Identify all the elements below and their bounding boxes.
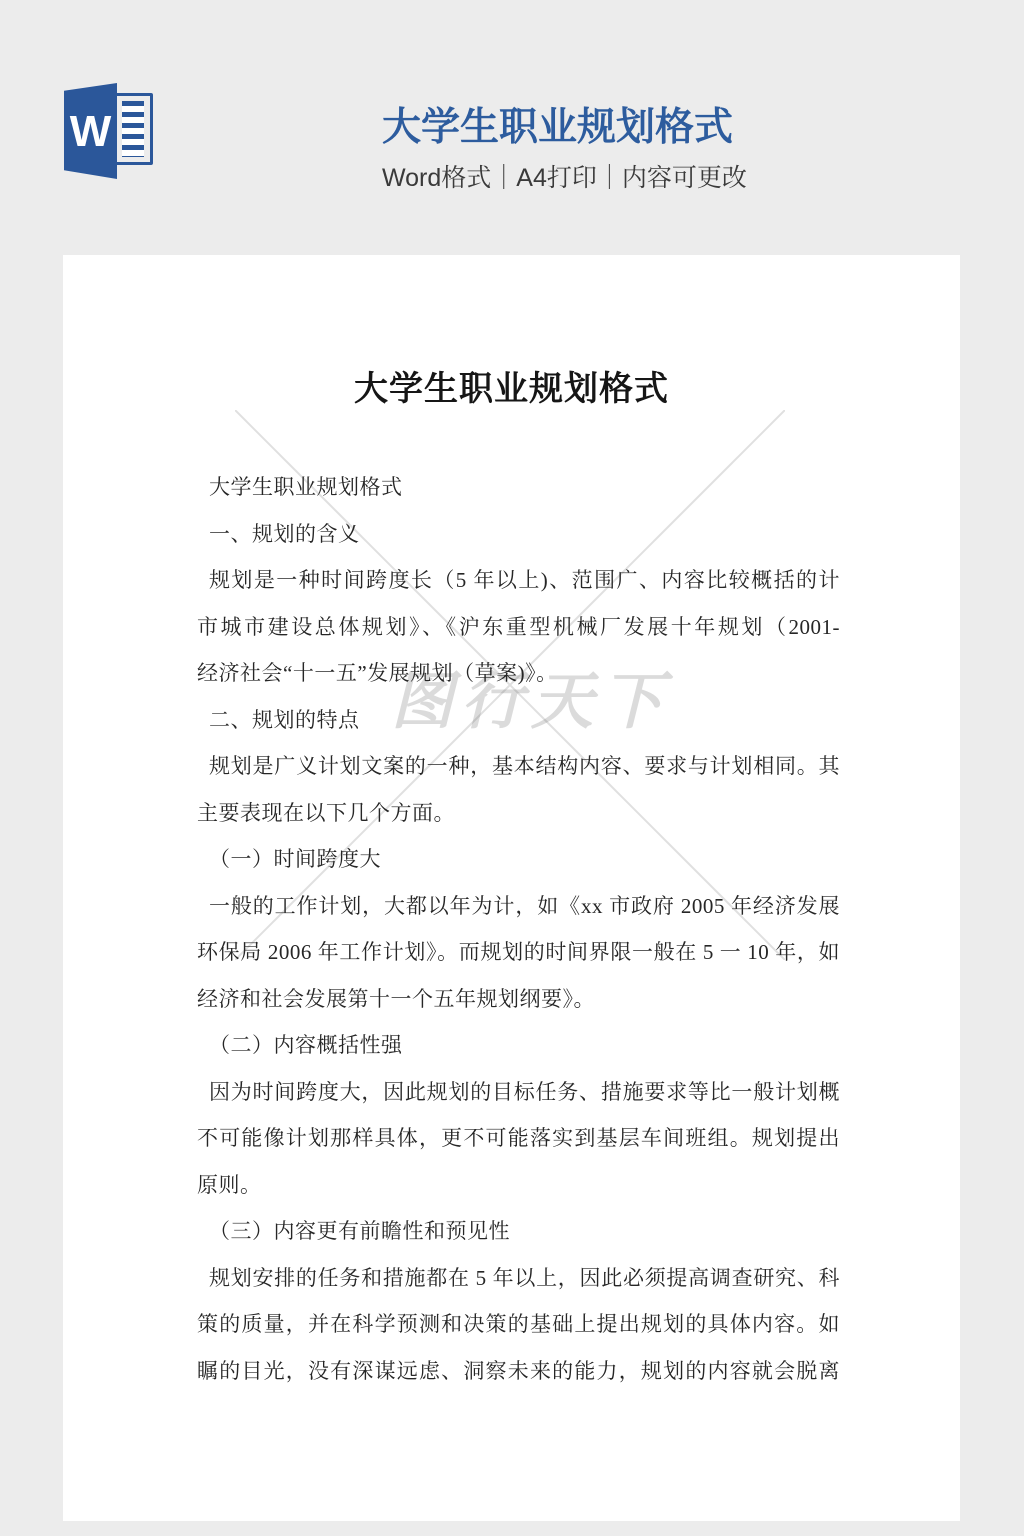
word-icon-sheet — [113, 93, 153, 165]
text-line: （三）内容更有前瞻性和预见性 — [197, 1208, 840, 1255]
text-line: 环保局 2006 年工作计划》。而规划的时间界限一般在 5 一 10 年，如《x… — [197, 929, 840, 976]
text-line: 大学生职业规划格式 — [197, 464, 840, 511]
header-title: 大学生职业规划格式 — [382, 96, 733, 152]
text-line: 原则。 — [197, 1162, 840, 1209]
text-line: 市城市建设总体规划》、《沪东重型机械厂发展十年规划（2001-2018)）、（华… — [197, 604, 840, 651]
document-body: 大学生职业规划格式一、规划的含义规划是一种时间跨度长（5 年以上)、范围广、内容… — [197, 464, 840, 1394]
text-line: 经济和社会发展第十一个五年规划纲要》。 — [197, 976, 840, 1023]
word-icon-panel: W — [64, 83, 117, 180]
text-line: 一般的工作计划，大都以年为计，如《xx 市政府 2005 年经济发展计划》、《x… — [197, 883, 840, 930]
text-line: 一、规划的含义 — [197, 511, 840, 558]
text-line: 不可能像计划那样具体，更不可能落实到基层车间班组。规划提出的措施也比较 — [197, 1115, 840, 1162]
text-line: 规划是一种时间跨度长（5 年以上)、范围广、内容比较概括的计划。如《福州 — [197, 557, 840, 604]
text-line: 瞩的目光，没有深谋远虑、洞察未来的能力，规划的内容就会脱离实际，就会与 — [197, 1348, 840, 1395]
document-title: 大学生职业规划格式 — [63, 361, 960, 410]
text-line: 规划安排的任务和措施都在 5 年以上，因此必须提高调查研究、科学预测和决 — [197, 1255, 840, 1302]
text-line: 经济社会“十一五”发展规划（草案)》。 — [197, 650, 840, 697]
document-page: 图行天下 大学生职业规划格式 大学生职业规划格式一、规划的含义规划是一种时间跨度… — [63, 255, 960, 1521]
word-icon-letter: W — [70, 110, 112, 154]
page-background: W 大学生职业规划格式 Word格式｜A4打印｜内容可更改 图行天下 大学生职业… — [0, 0, 1024, 1536]
text-line: （一）时间跨度大 — [197, 836, 840, 883]
text-line: 策的质量，并在科学预测和决策的基础上提出规划的具体内容。如果没有高瞻远 — [197, 1301, 840, 1348]
text-line: 二、规划的特点 — [197, 697, 840, 744]
text-line: 因为时间跨度大，因此规划的目标任务、措施要求等比一般计划概括性要强， — [197, 1069, 840, 1116]
text-line: （二）内容概括性强 — [197, 1022, 840, 1069]
text-line: 规划是广义计划文案的一种，基本结构内容、要求与计划相同。其自身的特点 — [197, 743, 840, 790]
text-line: 主要表现在以下几个方面。 — [197, 790, 840, 837]
header-subtitle: Word格式｜A4打印｜内容可更改 — [382, 158, 747, 194]
word-icon: W — [64, 83, 156, 180]
site-header: W 大学生职业规划格式 Word格式｜A4打印｜内容可更改 — [0, 0, 1024, 255]
